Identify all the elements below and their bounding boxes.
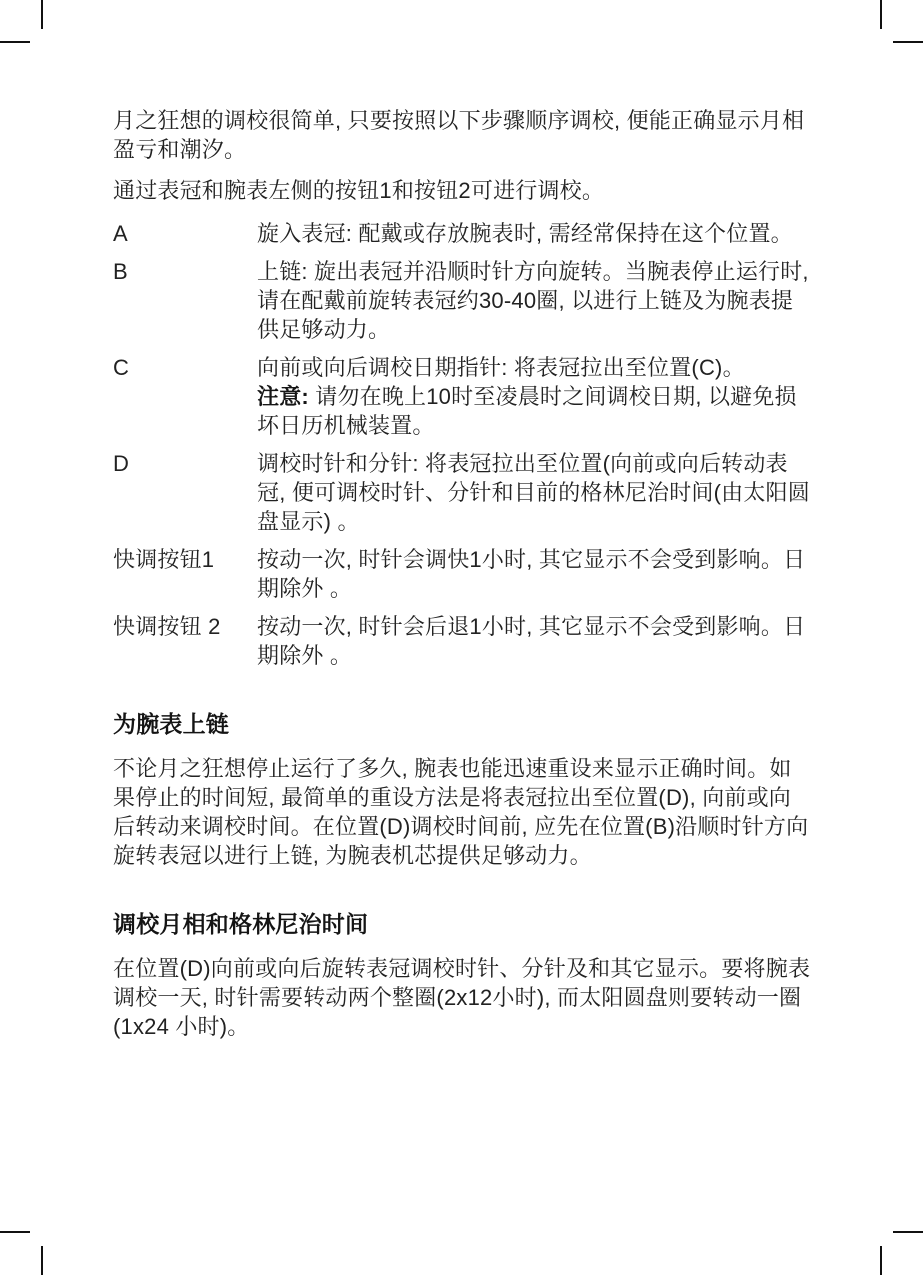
section-paragraph: 不论月之狂想停止运行了多久, 腕表也能迅速重设来显示正确时间。如果停止的时间短,… bbox=[113, 754, 813, 870]
definition-description: 旋入表冠: 配戴或存放腕表时, 需经常保持在这个位置。 bbox=[257, 219, 813, 248]
crop-mark-bottom-left-horizontal bbox=[0, 1231, 30, 1233]
definition-note: 注意: 请勿在晚上10时至凌晨时之间调校日期, 以避免损坏日历机械装置。 bbox=[257, 382, 813, 440]
section-moonphase-gmt: 调校月相和格林尼治时间 在位置(D)向前或向后旋转表冠调校时针、分针及和其它显示… bbox=[113, 910, 813, 1041]
definition-term: B bbox=[113, 257, 257, 344]
section-winding: 为腕表上链 不论月之狂想停止运行了多久, 腕表也能迅速重设来显示正确时间。如果停… bbox=[113, 710, 813, 870]
definition-term: A bbox=[113, 219, 257, 248]
definition-row-d: D 调校时针和分针: 将表冠拉出至位置(向前或向后转动表冠, 便可调校时针、分针… bbox=[113, 449, 813, 536]
section-paragraph: 在位置(D)向前或向后旋转表冠调校时针、分针及和其它显示。要将腕表调校一天, 时… bbox=[113, 954, 813, 1041]
definition-row-quickset-button-2: 快调按钮 2 按动一次, 时针会后退1小时, 其它显示不会受到影响。日期除外 。 bbox=[113, 612, 813, 670]
crop-mark-bottom-right-horizontal bbox=[893, 1231, 923, 1233]
definition-description: 按动一次, 时针会调快1小时, 其它显示不会受到影响。日期除外 。 bbox=[257, 545, 813, 603]
definition-term: 快调按钮1 bbox=[113, 545, 257, 603]
section-heading: 调校月相和格林尼治时间 bbox=[113, 910, 813, 938]
manual-page: { "colors": { "background": "#ffffff", "… bbox=[0, 0, 923, 1275]
definition-description: 调校时针和分针: 将表冠拉出至位置(向前或向后转动表冠, 便可调校时针、分针和目… bbox=[257, 449, 813, 536]
intro-paragraph-2: 通过表冠和腕表左侧的按钮1和按钮2可进行调校。 bbox=[113, 176, 813, 205]
definition-description: 按动一次, 时针会后退1小时, 其它显示不会受到影响。日期除外 。 bbox=[257, 612, 813, 670]
definition-term: C bbox=[113, 353, 257, 440]
note-label: 注意: bbox=[257, 384, 309, 409]
definition-description-text: 向前或向后调校日期指针: 将表冠拉出至位置(C)。 bbox=[257, 355, 745, 380]
crop-mark-top-left-horizontal bbox=[0, 41, 30, 43]
definition-term: 快调按钮 2 bbox=[113, 612, 257, 670]
definition-row-quickset-button-1: 快调按钮1 按动一次, 时针会调快1小时, 其它显示不会受到影响。日期除外 。 bbox=[113, 545, 813, 603]
crop-mark-top-right-horizontal bbox=[893, 41, 923, 43]
definition-row-a: A 旋入表冠: 配戴或存放腕表时, 需经常保持在这个位置。 bbox=[113, 219, 813, 248]
crop-mark-top-right-vertical bbox=[880, 0, 882, 29]
definition-description: 向前或向后调校日期指针: 将表冠拉出至位置(C)。 注意: 请勿在晚上10时至凌… bbox=[257, 353, 813, 440]
crop-mark-top-left-vertical bbox=[41, 0, 43, 29]
intro-paragraph-1: 月之狂想的调校很简单, 只要按照以下步骤顺序调校, 便能正确显示月相盈亏和潮汐。 bbox=[113, 106, 813, 164]
crown-position-definition-list: A 旋入表冠: 配戴或存放腕表时, 需经常保持在这个位置。 B 上链: 旋出表冠… bbox=[113, 219, 813, 670]
note-text: 请勿在晚上10时至凌晨时之间调校日期, 以避免损坏日历机械装置。 bbox=[257, 384, 797, 438]
page-content: 月之狂想的调校很简单, 只要按照以下步骤顺序调校, 便能正确显示月相盈亏和潮汐。… bbox=[113, 106, 813, 1041]
definition-row-c: C 向前或向后调校日期指针: 将表冠拉出至位置(C)。 注意: 请勿在晚上10时… bbox=[113, 353, 813, 440]
crop-mark-bottom-right-vertical bbox=[880, 1246, 882, 1275]
section-heading: 为腕表上链 bbox=[113, 710, 813, 738]
crop-mark-bottom-left-vertical bbox=[41, 1246, 43, 1275]
definition-description: 上链: 旋出表冠并沿顺时针方向旋转。当腕表停止运行时, 请在配戴前旋转表冠约30… bbox=[257, 257, 813, 344]
definition-row-b: B 上链: 旋出表冠并沿顺时针方向旋转。当腕表停止运行时, 请在配戴前旋转表冠约… bbox=[113, 257, 813, 344]
definition-term: D bbox=[113, 449, 257, 536]
